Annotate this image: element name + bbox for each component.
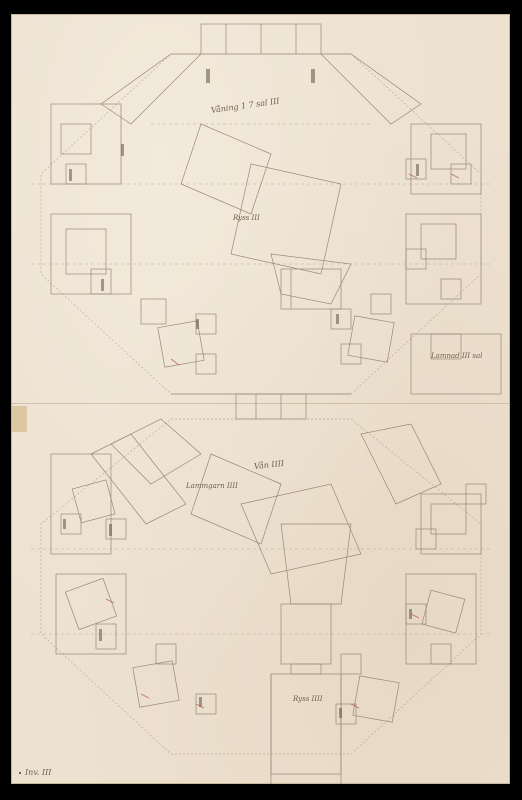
upper-octagon-plan xyxy=(31,24,501,394)
paper-sheet: Våning 1 7 sal III Ryss III Lamnad III s… xyxy=(11,14,510,784)
catalog-mark-text: Inv. III xyxy=(25,768,51,777)
wall-hatches xyxy=(63,69,419,718)
floor-plan-drawing xyxy=(11,14,510,784)
catalog-dot-icon xyxy=(19,772,21,774)
upper-plan-center-label: Ryss III xyxy=(233,214,260,222)
catalog-mark: Inv. III xyxy=(19,768,51,777)
lower-plan-center-label: Lammgarn IIII xyxy=(186,482,238,490)
lower-plan-entrance-label: Ryss IIII xyxy=(293,695,323,703)
lower-octagon-plan xyxy=(31,394,491,784)
upper-plan-side-annotation: Lamnad III sal xyxy=(431,352,482,360)
